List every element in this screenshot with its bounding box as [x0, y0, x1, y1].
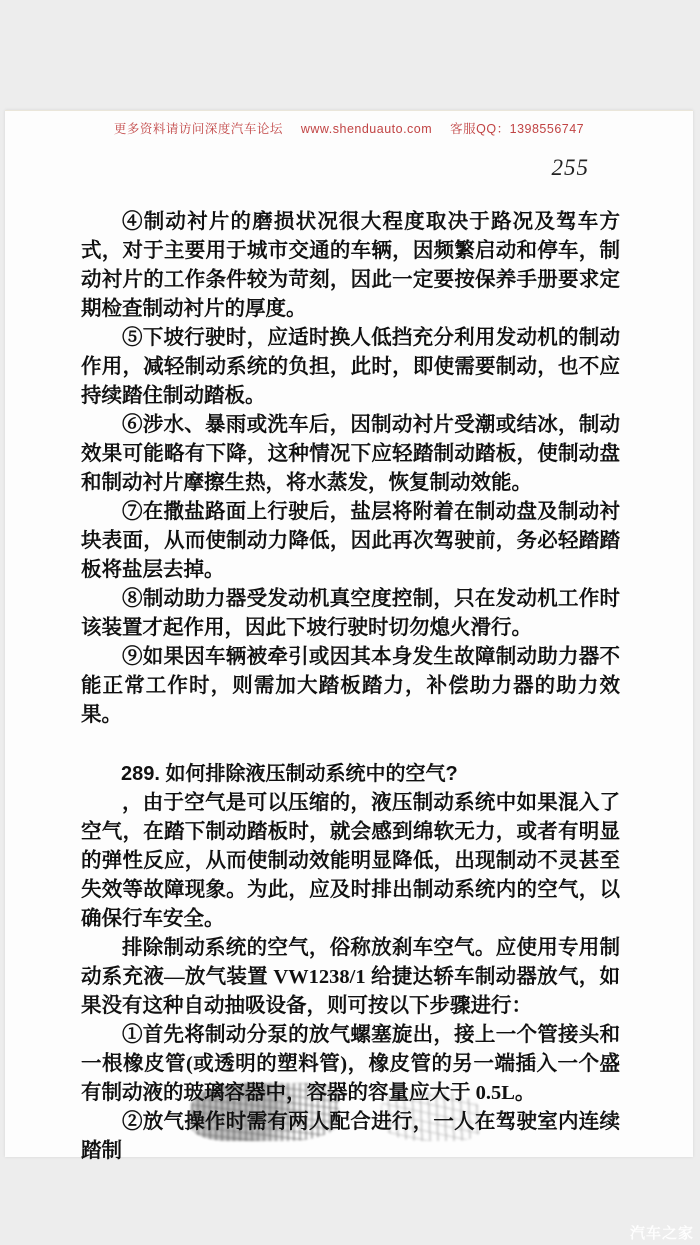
service-qq: 客服QQ：1398556747: [450, 122, 584, 136]
body-paragraph: ②放气操作时需有两人配合进行，一人在驾驶室内连续踏制: [81, 1108, 620, 1166]
body-paragraph: 排除制动系统的空气，俗称放刹车空气。应使用专用制动系充液—放气装置 VW1238…: [81, 934, 620, 1021]
autohome-watermark: 汽车之家: [630, 1222, 694, 1243]
body-paragraph: ⑨如果因车辆被牵引或因其本身发生故障制动助力器不能正常工作时，则需加大踏板踏力，…: [81, 643, 620, 730]
page-body-text: ④制动衬片的磨损状况很大程度取决于路况及驾车方式，对于主要用于城市交通的车辆，因…: [81, 208, 620, 1166]
body-paragraph: ④制动衬片的磨损状况很大程度取决于路况及驾车方式，对于主要用于城市交通的车辆，因…: [81, 208, 620, 324]
page-number: 255: [552, 155, 590, 181]
body-paragraph: ⑧制动助力器受发动机真空度控制，只在发动机工作时该装置才起作用，因此下坡行驶时切…: [81, 585, 620, 643]
forum-promo-line: 更多资料请访问深度汽车论坛www.shenduauto.com客服QQ：1398…: [5, 119, 693, 137]
body-paragraph: ⑦在撒盐路面上行驶后，盐层将附着在制动盘及制动衬块表面，从而使制动力降低，因此再…: [81, 498, 620, 585]
promo-text: 更多资料请访问深度汽车论坛: [114, 122, 283, 136]
site-url: www.shenduauto.com: [301, 122, 432, 136]
scanned-page: 更多资料请访问深度汽车论坛www.shenduauto.com客服QQ：1398…: [5, 110, 693, 1157]
print-smudge: [381, 1091, 481, 1141]
body-paragraph: ⑤下坡行驶时，应适时换人低挡充分利用发动机的制动作用，减轻制动系统的负担，此时，…: [81, 324, 620, 411]
print-smudge: [191, 1083, 339, 1141]
scanned-book-screenshot: { "header": { "promo_text": "更多资料请访问深度汽车…: [0, 0, 700, 1245]
body-paragraph: ①首先将制动分泵的放气螺塞旋出，接上一个管接头和一根橡皮管(或透明的塑料管)，橡…: [81, 1021, 620, 1108]
body-paragraph: ，由于空气是可以压缩的，液压制动系统中如果混入了空气，在踏下制动踏板时，就会感到…: [81, 789, 620, 934]
body-paragraph: ⑥涉水、暴雨或洗车后，因制动衬片受潮或结冰，制动效果可能略有下降，这种情况下应轻…: [81, 411, 620, 498]
section-heading: 289. 如何排除液压制动系统中的空气?: [81, 760, 620, 789]
